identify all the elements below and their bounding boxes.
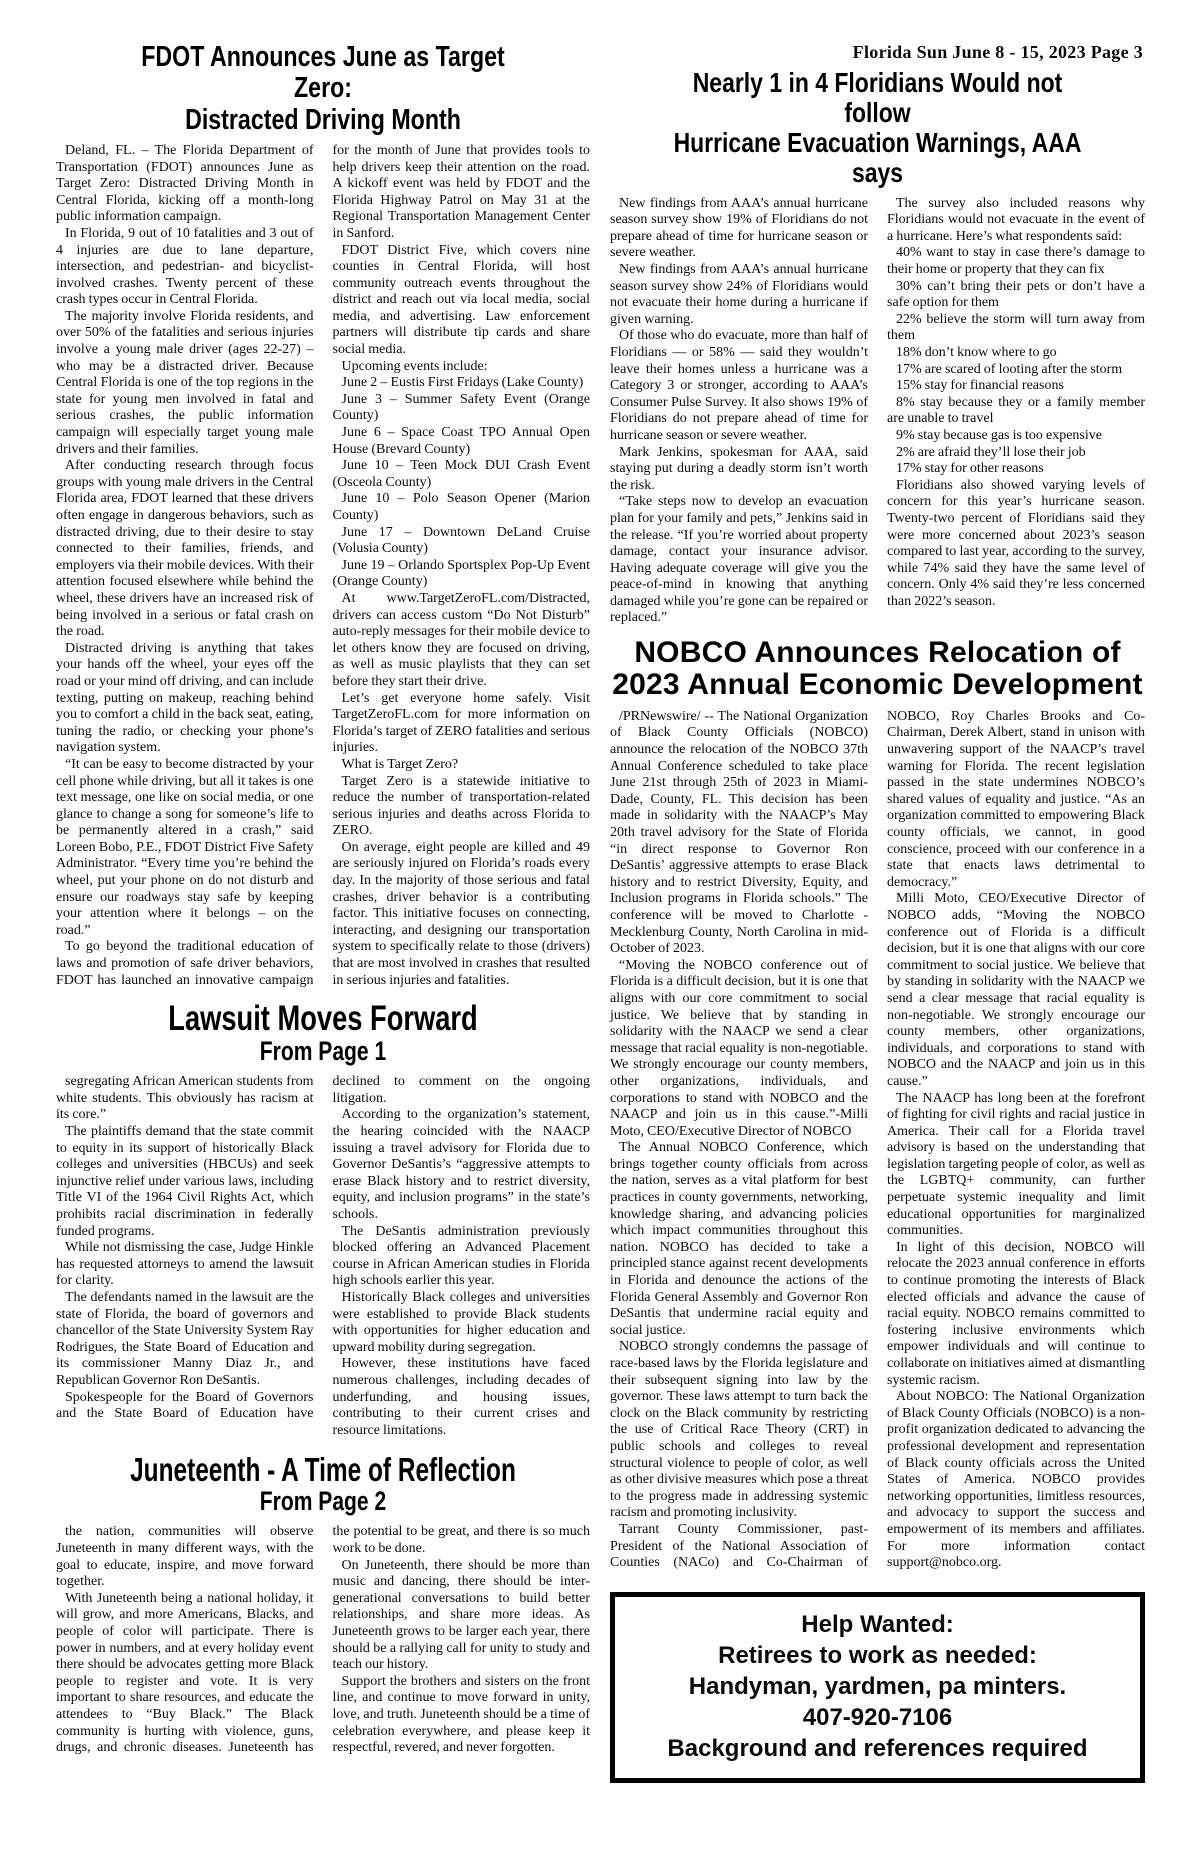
article-paragraph: Deland, FL. – The Florida Department of …	[56, 143, 314, 226]
article-paragraph: 17% are scared of looting after the stor…	[887, 362, 1145, 379]
article-paragraph: New findings from AAA’s annual hurricane…	[610, 262, 868, 328]
article-paragraph: “Take steps now to develop an evacuation…	[610, 494, 868, 627]
juneteenth-body: the nation, communities will observe Jun…	[56, 1524, 590, 1756]
article-paragraph: The DeSantis administration previously b…	[333, 1224, 591, 1290]
lawsuit-subheadline: From Page 1	[115, 1036, 532, 1067]
article-paragraph: The plaintiffs demand that the state com…	[56, 1124, 314, 1240]
article-paragraph: Upcoming events include:	[333, 359, 591, 376]
fdot-body: Deland, FL. – The Florida Department of …	[56, 143, 590, 989]
article-paragraph: “Moving the NOBCO conference out of Flor…	[610, 958, 868, 1141]
help-wanted-line: Background and references required	[625, 1733, 1130, 1764]
article-paragraph: What is Target Zero?	[333, 757, 591, 774]
lawsuit-body: segregating African American students fr…	[56, 1074, 590, 1439]
article-paragraph: 17% stay for other reasons	[887, 461, 1145, 478]
article-paragraph: At www.TargetZeroFL.com/Distracted, driv…	[333, 591, 591, 691]
article-paragraph: 40% want to stay in case there’s damage …	[887, 245, 1145, 278]
article-paragraph: After conducting research through focus …	[56, 458, 314, 641]
aaa-headline: Nearly 1 in 4 Floridians Would not follo…	[658, 68, 1097, 189]
article-paragraph: Target Zero is a statewide initiative to…	[333, 774, 591, 840]
article-paragraph: Floridians also showed varying levels of…	[887, 478, 1145, 611]
lawsuit-headline: Lawsuit Moves Forward	[115, 1001, 532, 1036]
article-paragraph: In Florida, 9 out of 10 fatalities and 3…	[56, 226, 314, 309]
article-paragraph: New findings from AAA’s annual hurricane…	[610, 196, 868, 262]
article-juneteenth: Juneteenth - A Time of Reflection From P…	[56, 1453, 590, 1756]
article-paragraph: Support the brothers and sisters on the …	[333, 1674, 591, 1757]
help-wanted-line: Help Wanted:	[625, 1609, 1130, 1640]
article-paragraph: 18% don’t know where to go	[887, 345, 1145, 362]
article-fdot: FDOT Announces June as Target Zero: Dist…	[56, 42, 590, 989]
right-column-group: Florida Sun June 8 - 15, 2023 Page 3 Nea…	[610, 42, 1145, 1783]
article-paragraph: The defendants named in the lawsuit are …	[56, 1290, 314, 1390]
article-paragraph: About NOBCO: The National Organization o…	[887, 1389, 1145, 1572]
article-paragraph: 9% stay because gas is too expensive	[887, 428, 1145, 445]
article-paragraph: 22% believe the storm will turn away fro…	[887, 312, 1145, 345]
article-paragraph: June 19 – Orlando Sportsplex Pop-Up Even…	[333, 558, 591, 591]
article-paragraph: NOBCO strongly condemns the passage of r…	[610, 1339, 868, 1522]
article-paragraph: segregating African American students fr…	[56, 1074, 314, 1124]
article-paragraph: 30% can’t bring their pets or don’t have…	[887, 279, 1145, 312]
help-wanted-line: 407-920-7106	[625, 1702, 1130, 1733]
article-paragraph: The majority involve Florida residents, …	[56, 309, 314, 458]
article-paragraph: June 17 – Downtown DeLand Cruise (Volusi…	[333, 525, 591, 558]
article-paragraph: Let’s get everyone home safely. Visit Ta…	[333, 691, 591, 757]
juneteenth-subheadline: From Page 2	[115, 1486, 532, 1517]
article-paragraph: /PRNewswire/ -- The National Organizatio…	[610, 709, 868, 958]
article-paragraph: June 10 – Polo Season Opener (Marion Cou…	[333, 491, 591, 524]
article-paragraph: While not dismissing the case, Judge Hin…	[56, 1240, 314, 1290]
help-wanted-box: Help Wanted:Retirees to work as needed:H…	[610, 1592, 1145, 1783]
help-wanted-line: Retirees to work as needed:	[625, 1640, 1130, 1671]
article-paragraph: On average, eight people are killed and …	[333, 840, 591, 989]
fdot-headline: FDOT Announces June as Target Zero: Dist…	[109, 42, 536, 136]
article-paragraph: Distracted driving is anything that take…	[56, 641, 314, 757]
article-paragraph: In light of this decision, NOBCO will re…	[887, 1240, 1145, 1389]
juneteenth-headline: Juneteenth - A Time of Reflection	[125, 1453, 520, 1486]
left-column-group: FDOT Announces June as Target Zero: Dist…	[56, 42, 590, 1757]
article-paragraph: The survey also included reasons why Flo…	[887, 196, 1145, 246]
article-paragraph: The NAACP has long been at the forefront…	[887, 1091, 1145, 1240]
article-paragraph: June 10 – Teen Mock DUI Crash Event (Osc…	[333, 458, 591, 491]
article-paragraph: Of those who do evacuate, more than half…	[610, 328, 868, 444]
article-paragraph: June 6 – Space Coast TPO Annual Open Hou…	[333, 425, 591, 458]
article-paragraph: On Juneteenth, there should be more than…	[333, 1558, 591, 1674]
aaa-body: New findings from AAA’s annual hurricane…	[610, 196, 1145, 627]
article-aaa: Nearly 1 in 4 Floridians Would not follo…	[610, 68, 1145, 627]
article-paragraph: the nation, communities will observe Jun…	[56, 1524, 314, 1590]
article-lawsuit: Lawsuit Moves Forward From Page 1 segreg…	[56, 1001, 590, 1439]
article-paragraph: FDOT District Five, which covers nine co…	[333, 243, 591, 359]
article-paragraph: Milli Moto, CEO/Executive Director of NO…	[887, 891, 1145, 1090]
article-paragraph: Historically Black colleges and universi…	[333, 1290, 591, 1356]
newspaper-page: FDOT Announces June as Target Zero: Dist…	[0, 0, 1200, 1855]
article-nobco: NOBCO Announces Relocation of 2023 Annua…	[610, 637, 1145, 1572]
article-paragraph: The Annual NOBCO Conference, which bring…	[610, 1140, 868, 1339]
nobco-body: /PRNewswire/ -- The National Organizatio…	[610, 709, 1145, 1572]
article-paragraph: “It can be easy to become distracted by …	[56, 757, 314, 940]
article-paragraph: However, these institutions have faced n…	[333, 1356, 591, 1439]
article-paragraph: 15% stay for financial reasons	[887, 378, 1145, 395]
nobco-headline: NOBCO Announces Relocation of 2023 Annua…	[610, 637, 1145, 702]
article-paragraph: Mark Jenkins, spokesman for AAA, said st…	[610, 445, 868, 495]
article-paragraph: June 2 – Eustis First Fridays (Lake Coun…	[333, 375, 591, 392]
help-wanted-line: Handyman, yardmen, pa minters.	[625, 1671, 1130, 1702]
article-paragraph: 8% stay because they or a family member …	[887, 395, 1145, 428]
article-paragraph: June 3 – Summer Safety Event (Orange Cou…	[333, 392, 591, 425]
article-paragraph: According to the organization’s statemen…	[333, 1107, 591, 1223]
page-header: Florida Sun June 8 - 15, 2023 Page 3	[610, 42, 1145, 63]
article-paragraph: 2% are afraid they’ll lose their job	[887, 445, 1145, 462]
